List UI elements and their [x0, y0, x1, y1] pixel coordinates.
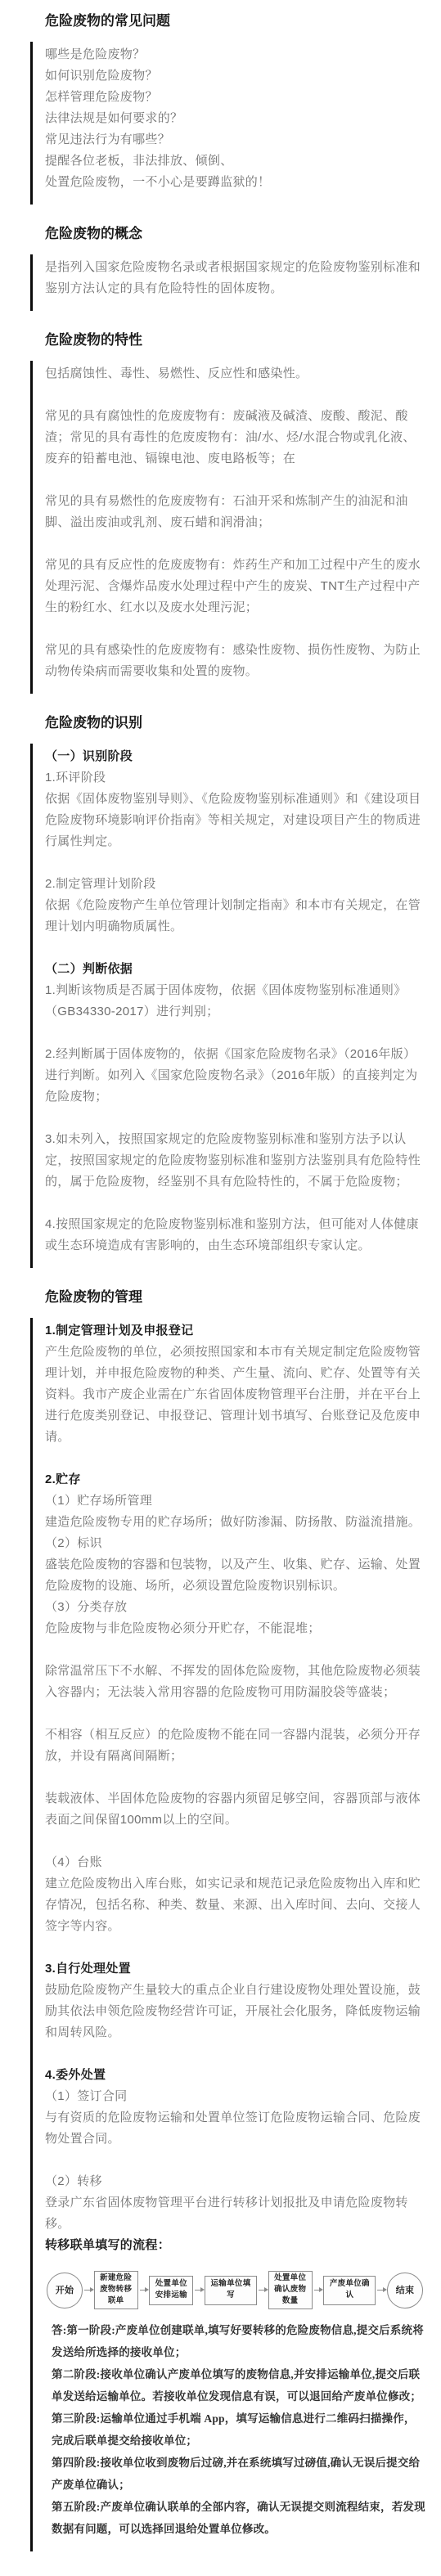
paragraph: （3）分类存放 [45, 1597, 426, 1618]
section-heading: 危险废物的概念 [45, 224, 426, 244]
paragraph: 危险废物与非危险废物必须分开贮存，不能混堆； [45, 1618, 426, 1639]
paragraph: 3.如未列入，按照国家规定的危险废物鉴别标准和鉴别方法予以认定，按照国家规定的危… [45, 1129, 426, 1193]
arrow-right-icon [377, 2290, 385, 2291]
paragraph: 与有资质的危险废物运输和处置单位签订危险废物运输合同、危险废物处置合同。 [45, 2107, 426, 2150]
paragraph: 第二阶段:接收单位确认产废单位填写的废物信息,并安排运输单位,提交后联单发送给运… [52, 2363, 426, 2407]
paragraph: 1.环评阶段 [45, 767, 426, 789]
flow-step: 运输单位填写 [205, 2276, 257, 2305]
section-heading: 危险废物的识别 [45, 713, 426, 733]
paragraph: 是指列入国家危险废物名录或者根据国家规定的危险废物鉴别标准和鉴别方法认定的具有危… [45, 257, 426, 299]
paragraph: 盛装危险废物的容器和包装物，以及产生、收集、贮存、运输、处置危险废物的设施、场所… [45, 1554, 426, 1597]
flow-step: 处置单位安排运输 [149, 2276, 193, 2305]
paragraph: （2）标识 [45, 1533, 426, 1554]
quote-block: 哪些是危险废物？ 如何识别危险废物？ 怎样管理危险废物？ 法律法规是如何要求的？… [30, 42, 426, 205]
flow-end-node: 结束 [387, 2273, 423, 2309]
paragraph: 登录广东省固体废物管理平台进行转移计划报批及申请危险废物转移。 [45, 2192, 426, 2235]
section-faq: 危险废物的常见问题 哪些是危险废物？ 如何识别危险废物？ 怎样管理危险废物？ 法… [30, 11, 426, 205]
paragraph: 除常温常压下不水解、不挥发的固体危险废物，其他危险废物必须装入容器内；无法装入常… [45, 1661, 426, 1703]
paragraph: 如何识别危险废物？ [45, 65, 426, 87]
quote-block: （一）识别阶段 1.环评阶段 依据《固体废物鉴别导则》、《危险废物鉴别标准通则》… [30, 744, 426, 1268]
paragraph: 常见的具有感染性的危废废物有：感染性废物、损伤性废物、为防止动物传染病而需要收集… [45, 640, 426, 682]
sub-heading: 2.贮存 [45, 1469, 426, 1490]
paragraph: （2）转移 [45, 2171, 426, 2192]
paragraph: 不相容（相互反应）的危险废物不能在同一容器内混装，必须分开存放，并设有隔离间隔断… [45, 1724, 426, 1767]
arrow-right-icon [140, 2290, 148, 2291]
transfer-flowchart: 开始 新建危险废物转移联单 处置单位安排运输 运输单位填写 处置单位确认废物数量… [47, 2271, 423, 2309]
paragraph: 答:第一阶段:产废单位创建联单,填写好要转移的危险废物信息,提交后系统将发送给所… [52, 2319, 426, 2363]
paragraph: （4）台账 [45, 1852, 426, 1873]
arrow-right-icon [314, 2290, 322, 2291]
paragraph: 第三阶段:运输单位通过手机端 App，填写运输信息进行二维码扫描操作，完成后联单… [52, 2407, 426, 2452]
flow-step: 产废单位确认 [323, 2276, 376, 2305]
paragraph: 常见的具有易燃性的危废废物有：石油开采和炼制产生的油泥和油脚、溢出废油或乳剂、废… [45, 491, 426, 533]
paragraph: 处置危险废物，一不小心是要蹲监狱的！ [45, 172, 426, 193]
sub-heading: （二）判断依据 [45, 959, 426, 980]
paragraph: （1）贮存场所管理 [45, 1490, 426, 1512]
paragraph: 怎样管理危险废物？ [45, 87, 426, 108]
arrow-right-icon [195, 2290, 203, 2291]
paragraph: 依据《危险废物产生单位管理计划制定指南》和本市有关规定，在管理计划内明确物质属性… [45, 895, 426, 937]
flow-start-node: 开始 [47, 2273, 83, 2309]
flow-step: 处置单位确认废物数量 [268, 2271, 313, 2309]
section-manage: 危险废物的管理 1.制定管理计划及申报登记 产生危险废物的单位，必须按照国家和本… [30, 1288, 426, 2551]
paragraph: 提醒各位老板，非法排放、倾倒、 [45, 151, 426, 172]
paragraph: 包括腐蚀性、毒性、易燃性、反应性和感染性。 [45, 363, 426, 384]
section-concept: 危险废物的概念 是指列入国家危险废物名录或者根据国家规定的危险废物鉴别标准和鉴别… [30, 224, 426, 311]
arrow-right-icon [84, 2290, 92, 2291]
paragraph: 2.制定管理计划阶段 [45, 874, 426, 895]
paragraph: 第五阶段:产废单位确认联单的全部内容，确认无误提交则流程结束，若发现数据有问题，… [52, 2496, 426, 2540]
sub-heading: （一）识别阶段 [45, 746, 426, 767]
paragraph: 1.判断该物质是否属于固体废物，依据《固体废物鉴别标准通则》（GB34330-2… [45, 980, 426, 1023]
flow-step: 新建危险废物转移联单 [94, 2271, 138, 2309]
section-heading: 危险废物的常见问题 [45, 11, 426, 31]
paragraph: 鼓励危险废物产生量较大的重点企业自行建设废物处理处置设施，鼓励其依法申领危险废物… [45, 1980, 426, 2043]
quote-block: 1.制定管理计划及申报登记 产生危险废物的单位，必须按照国家和本市有关规定制定危… [30, 1318, 426, 2551]
section-traits: 危险废物的特性 包括腐蚀性、毒性、易燃性、反应性和感染性。 常见的具有腐蚀性的危… [30, 330, 426, 694]
paragraph: 常见的具有反应性的危废废物有：炸药生产和加工过程中产生的废水处理污泥、含爆炸品废… [45, 555, 426, 618]
paragraph: 4.按照国家规定的危险废物鉴别标准和鉴别方法，但可能对人体健康或生态环境造成有害… [45, 1214, 426, 1257]
paragraph: 建造危险废物专用的贮存场所；做好防渗漏、防扬散、防溢流措施。 [45, 1512, 426, 1533]
arrow-right-icon [259, 2290, 267, 2291]
paragraph: 常见违法行为有哪些？ [45, 129, 426, 151]
paragraph: 装载液体、半固体危险废物的容器内须留足够空间，容器顶部与液体表面之间保留100m… [45, 1788, 426, 1831]
sub-heading: 3.自行处理处置 [45, 1958, 426, 1980]
paragraph: 法律法规是如何要求的？ [45, 108, 426, 129]
paragraph: 常见的具有腐蚀性的危废废物有：废碱液及碱渣、废酸、酸泥、酸渣；常见的具有毒性的危… [45, 406, 426, 470]
quote-block: 包括腐蚀性、毒性、易燃性、反应性和感染性。 常见的具有腐蚀性的危废废物有：废碱液… [30, 361, 426, 694]
paragraph: 建立危险废物出入库台账，如实记录和规范记录危险废物出入库和贮存情况，包括名称、种… [45, 1873, 426, 1937]
paragraph: 依据《固体废物鉴别导则》、《危险废物鉴别标准通则》和《建设项目危险废物环境影响评… [45, 789, 426, 852]
paragraph: 第四阶段:接收单位收到废物后过磅,并在系统填写过磅值,确认无误后提交给产废单位确… [52, 2452, 426, 2496]
section-heading: 危险废物的管理 [45, 1288, 426, 1307]
section-identify: 危险废物的识别 （一）识别阶段 1.环评阶段 依据《固体废物鉴别导则》、《危险废… [30, 713, 426, 1268]
sub-heading: 1.制定管理计划及申报登记 [45, 1320, 426, 1342]
paragraph: 2.经判断属于固体废物的，依据《国家危险废物名录》（2016年版）进行判断。如列… [45, 1044, 426, 1108]
paragraph: （1）签订合同 [45, 2086, 426, 2107]
sub-heading: 4.委外处置 [45, 2065, 426, 2086]
flow-title: 转移联单填写的流程： [45, 2235, 426, 2256]
paragraph: 哪些是危险废物？ [45, 44, 426, 65]
transfer-steps-answer: 答:第一阶段:产废单位创建联单,填写好要转移的危险废物信息,提交后系统将发送给所… [45, 2319, 426, 2540]
article: 危险废物的常见问题 哪些是危险废物？ 如何识别危险废物？ 怎样管理危险废物？ 法… [0, 0, 441, 2576]
quote-block: 是指列入国家危险废物名录或者根据国家规定的危险废物鉴别标准和鉴别方法认定的具有危… [30, 254, 426, 311]
section-heading: 危险废物的特性 [45, 330, 426, 350]
paragraph: 产生危险废物的单位，必须按照国家和本市有关规定制定危险废物管理计划，并申报危险废… [45, 1342, 426, 1448]
